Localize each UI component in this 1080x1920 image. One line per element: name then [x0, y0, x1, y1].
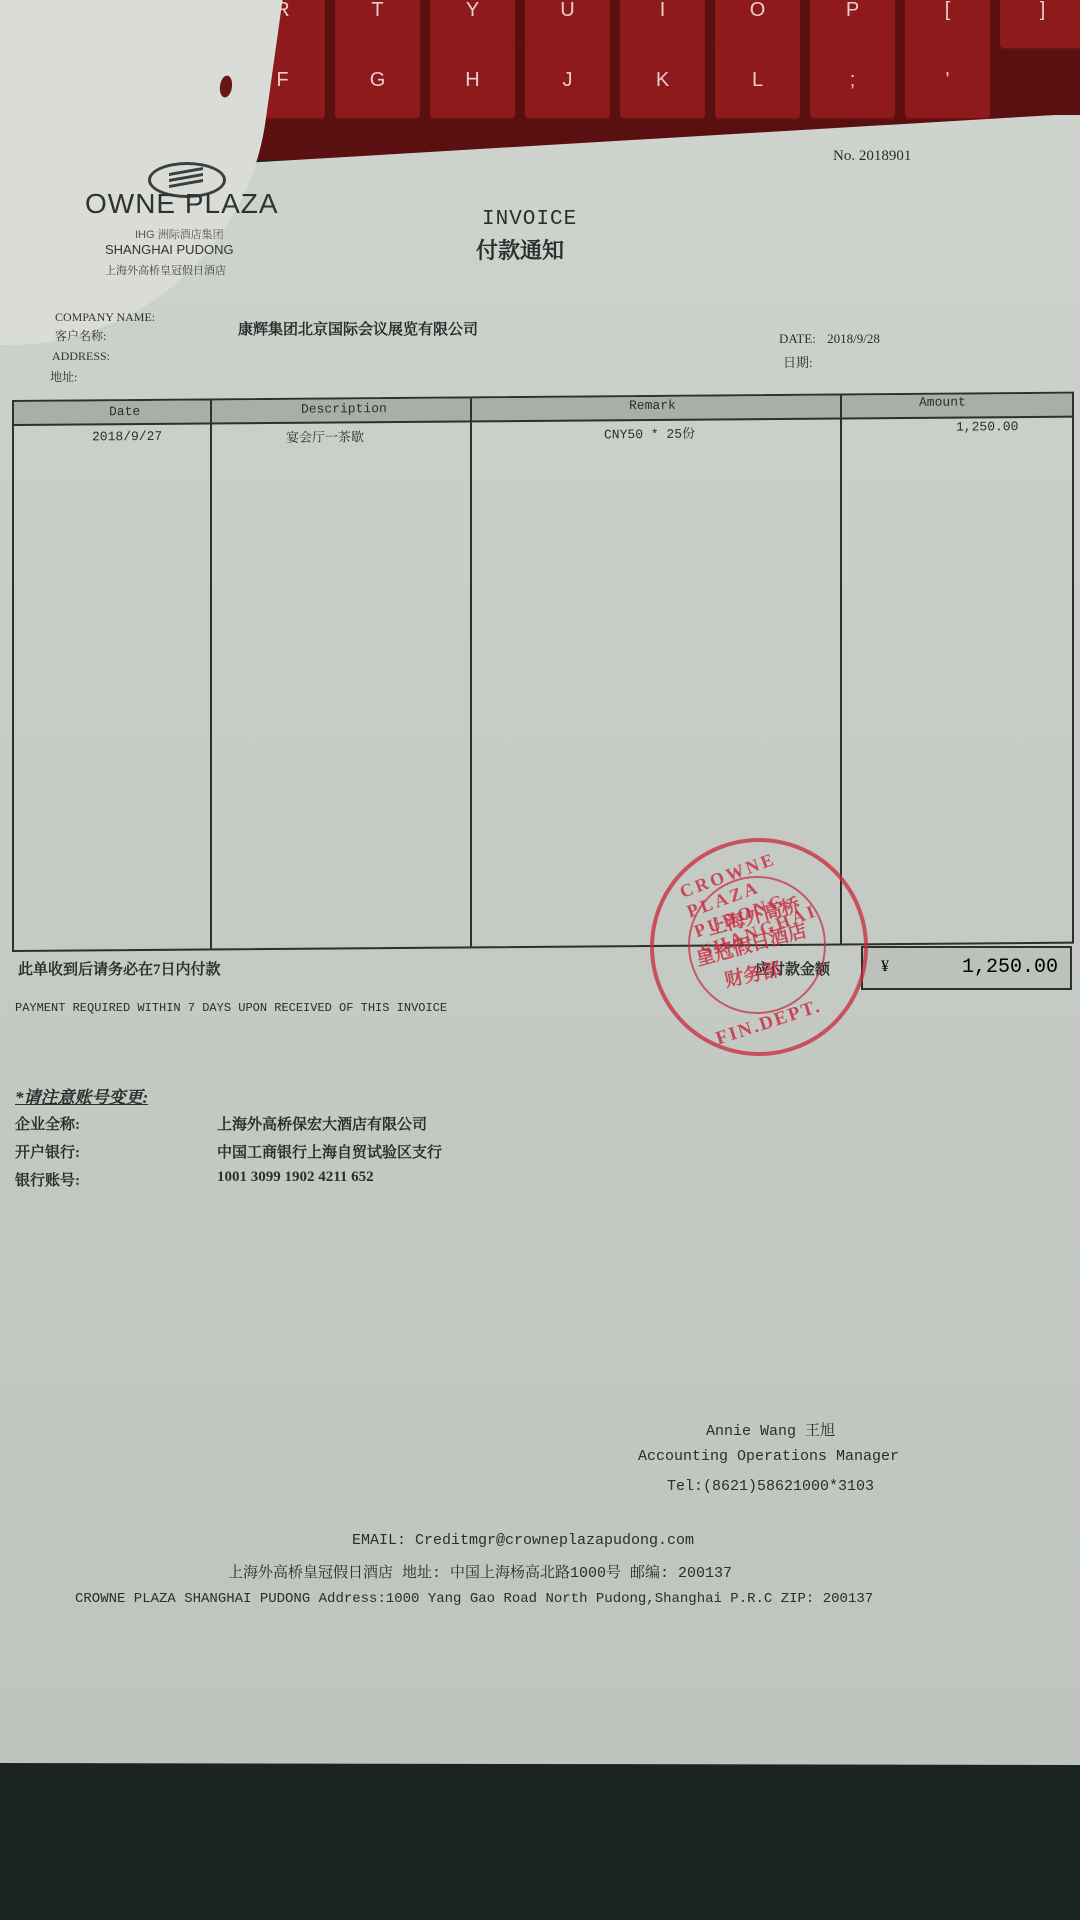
punch-hole	[218, 75, 233, 98]
keyboard-key: ;	[810, 40, 895, 120]
bank-name-value: 中国工商银行上海自贸试验区支行	[217, 1141, 442, 1162]
keyboard-key: L	[715, 40, 800, 120]
address-label-cn: 地址:	[50, 368, 77, 385]
brand-location-cn: 上海外高桥皇冠假日酒店	[105, 262, 226, 278]
currency-symbol: ¥	[881, 958, 889, 976]
date-label: DATE:	[779, 331, 816, 346]
date-field: DATE: 2018/9/28	[779, 331, 880, 347]
keyboard-key: G	[335, 40, 420, 120]
column-divider	[210, 400, 212, 948]
signer-tel: Tel:(8621)58621000*3103	[667, 1478, 874, 1495]
total-amount-box: ¥ 1,250.00	[861, 946, 1072, 990]
bank-name-label: 开户银行:	[15, 1141, 80, 1162]
account-change-notice: *请注意账号变更:	[15, 1083, 148, 1108]
brand-parent: IHG 洲际酒店集团	[135, 226, 224, 242]
column-header-date: Date	[109, 404, 140, 419]
keyboard-key: J	[525, 40, 610, 120]
address-label-en: ADDRESS:	[52, 349, 110, 364]
total-amount: 1,250.00	[962, 956, 1058, 979]
company-label-en: COMPANY NAME:	[55, 310, 155, 325]
column-header-amount: Amount	[919, 395, 966, 410]
footer-email: EMAIL: Creditmgr@crowneplazapudong.com	[352, 1532, 694, 1549]
footer-address-cn: 上海外高桥皇冠假日酒店 地址: 中国上海杨高北路1000号 邮编: 200137	[228, 1561, 732, 1582]
column-header-description: Description	[301, 401, 387, 417]
line-items-table: Date Description Remark Amount 2018/9/27…	[12, 392, 1074, 952]
date-label-cn: 日期:	[783, 352, 813, 371]
bank-account-label: 银行账号:	[15, 1169, 80, 1190]
row-description: 宴会厅一茶歇	[286, 426, 364, 446]
column-header-remark: Remark	[629, 398, 676, 413]
payment-terms-cn: 此单收到后请务必在7日内付款	[18, 958, 221, 979]
bank-account-value: 1001 3099 1902 4211 652	[217, 1169, 374, 1186]
payment-terms-en: PAYMENT REQUIRED WITHIN 7 DAYS UPON RECE…	[15, 1001, 447, 1015]
brand-name: OWNE PLAZA	[85, 188, 279, 220]
footer-address-en: CROWNE PLAZA SHANGHAI PUDONG Address:100…	[75, 1591, 873, 1607]
company-label-cn: 客户名称:	[55, 327, 106, 344]
finance-dept-stamp: CROWNE PLAZA PUDONG SHANGHAI 上海外高桥 皇冠假日酒…	[650, 838, 868, 1056]
bank-company-value: 上海外高桥保宏大酒店有限公司	[217, 1113, 427, 1134]
row-remark: CNY50 * 25份	[604, 423, 695, 443]
keyboard-key: H	[430, 40, 515, 120]
keyboard-key: '	[905, 40, 990, 120]
row-date: 2018/9/27	[92, 429, 162, 445]
signer-name: Annie Wang 王旭	[706, 1419, 835, 1440]
brand-location-en: SHANGHAI PUDONG	[105, 242, 234, 257]
column-divider	[470, 398, 472, 946]
bank-company-label: 企业全称:	[15, 1113, 80, 1134]
invoice-title-en: INVOICE	[482, 208, 577, 231]
row-amount: 1,250.00	[956, 419, 1018, 434]
keyboard-key: K	[620, 40, 705, 120]
keyboard-row-home: F G H J K L ; '	[240, 40, 1080, 120]
company-name: 康辉集团北京国际会议展览有限公司	[238, 318, 478, 339]
table-header	[14, 394, 1072, 426]
invoice-title-cn: 付款通知	[476, 234, 564, 265]
date-value: 2018/9/28	[827, 331, 880, 346]
signer-title: Accounting Operations Manager	[638, 1448, 899, 1465]
invoice-number: No. 2018901	[833, 148, 911, 165]
